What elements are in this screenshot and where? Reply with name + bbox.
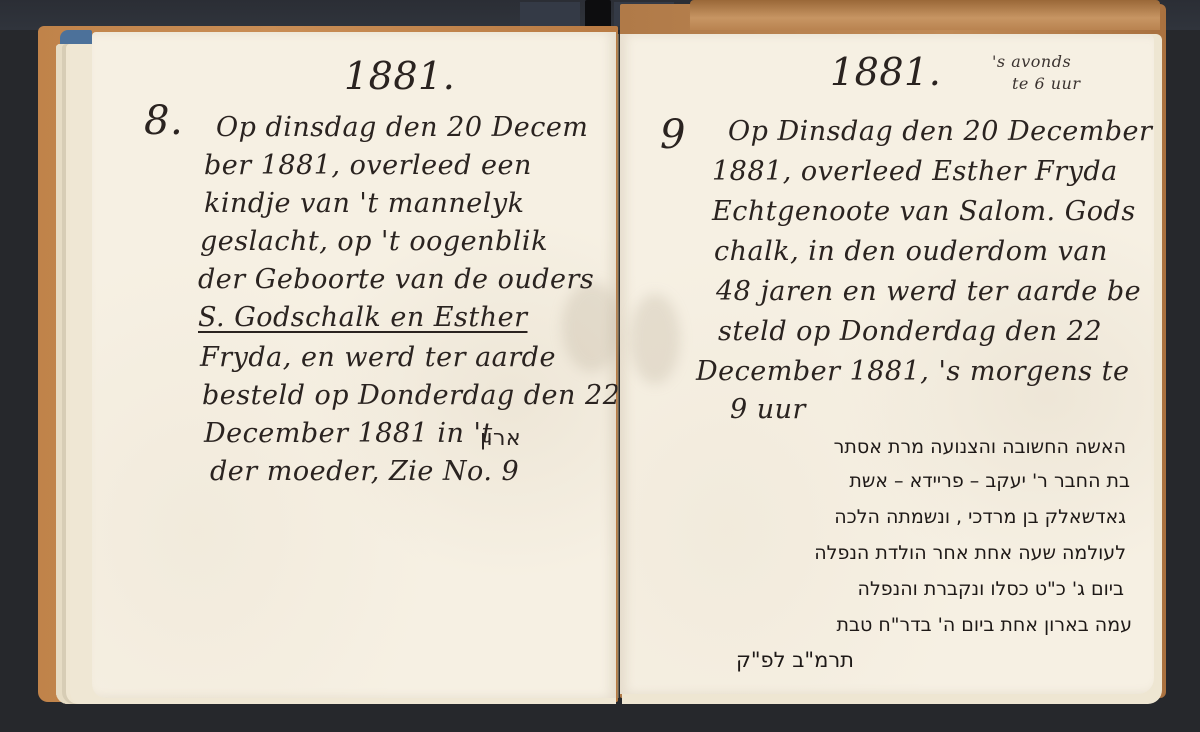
entry-line: 48 jaren en werd ter aarde be xyxy=(716,278,1141,305)
hebrew-word-aron: ארון xyxy=(480,426,521,451)
entry-line: kindje van 't mannelyk xyxy=(204,190,525,217)
entry-line: der moeder, Zie No. 9 xyxy=(210,458,519,485)
entry-line-names: S. Godschalk en Esther xyxy=(198,304,528,331)
hebrew-line: עמה בארון אחת ביום ה' בדר"ח טבת xyxy=(837,614,1133,636)
stand-clip xyxy=(585,0,611,28)
hebrew-year: תרמ"ב לפ"ק xyxy=(736,648,854,672)
hebrew-line: בת החבר ר' יעקב – פריידא – אשת xyxy=(849,470,1130,492)
book-gutter xyxy=(617,34,619,698)
margin-note: te 6 uur xyxy=(1012,74,1081,93)
entry-line: Fryda, en werd ter aarde xyxy=(200,344,556,371)
hebrew-line: האשה החשובה והצנועה מרת אסתר xyxy=(834,436,1126,458)
cover-flap-top xyxy=(690,0,1160,30)
foxing-stain xyxy=(562,282,622,372)
entry-line: 1881, overleed Esther Fryda xyxy=(712,158,1118,185)
entry-line: besteld op Donderdag den 22 xyxy=(202,382,620,409)
entry-line: steld op Donderdag den 22 xyxy=(718,318,1102,345)
entry-line: der Geboorte van de ouders xyxy=(198,266,594,293)
hebrew-line: גאדשאלק בן מרדכי , ונשמתה הלכה xyxy=(834,506,1126,528)
right-page: 1881. 's avonds te 6 uur 9 Op Dinsdag de… xyxy=(620,34,1154,694)
entry-line: Op dinsdag den 20 Decem xyxy=(216,114,588,141)
left-page: 1881. 8. Op dinsdag den 20 Decem ber 188… xyxy=(92,32,616,698)
stand-panel-left xyxy=(520,2,580,26)
entry-line: Echtgenoote van Salom. Gods xyxy=(712,198,1136,225)
hebrew-line: לעולמה שעה אחת אחר הולדת הנפלה xyxy=(814,542,1126,564)
foxing-stain xyxy=(630,294,680,384)
year-heading: 1881. xyxy=(830,50,941,94)
entry-line: chalk, in den ouderdom van xyxy=(714,238,1108,265)
entry-line: ber 1881, overleed een xyxy=(204,152,532,179)
entry-line: December 1881, 's morgens te xyxy=(696,358,1130,385)
entry-line: geslacht, op 't oogenblik xyxy=(200,228,548,255)
entry-line: 9 uur xyxy=(730,396,806,423)
year-heading: 1881. xyxy=(344,54,455,98)
entry-number: 8. xyxy=(144,98,183,144)
entry-line: Op Dinsdag den 20 December xyxy=(728,118,1152,145)
entry-number: 9 xyxy=(660,112,686,158)
hebrew-line: ביום ג' כ"ט כסלו ונקברת והנפלה xyxy=(858,578,1124,600)
margin-note: 's avonds xyxy=(992,52,1071,71)
entry-line: December 1881 in 't xyxy=(204,420,493,447)
